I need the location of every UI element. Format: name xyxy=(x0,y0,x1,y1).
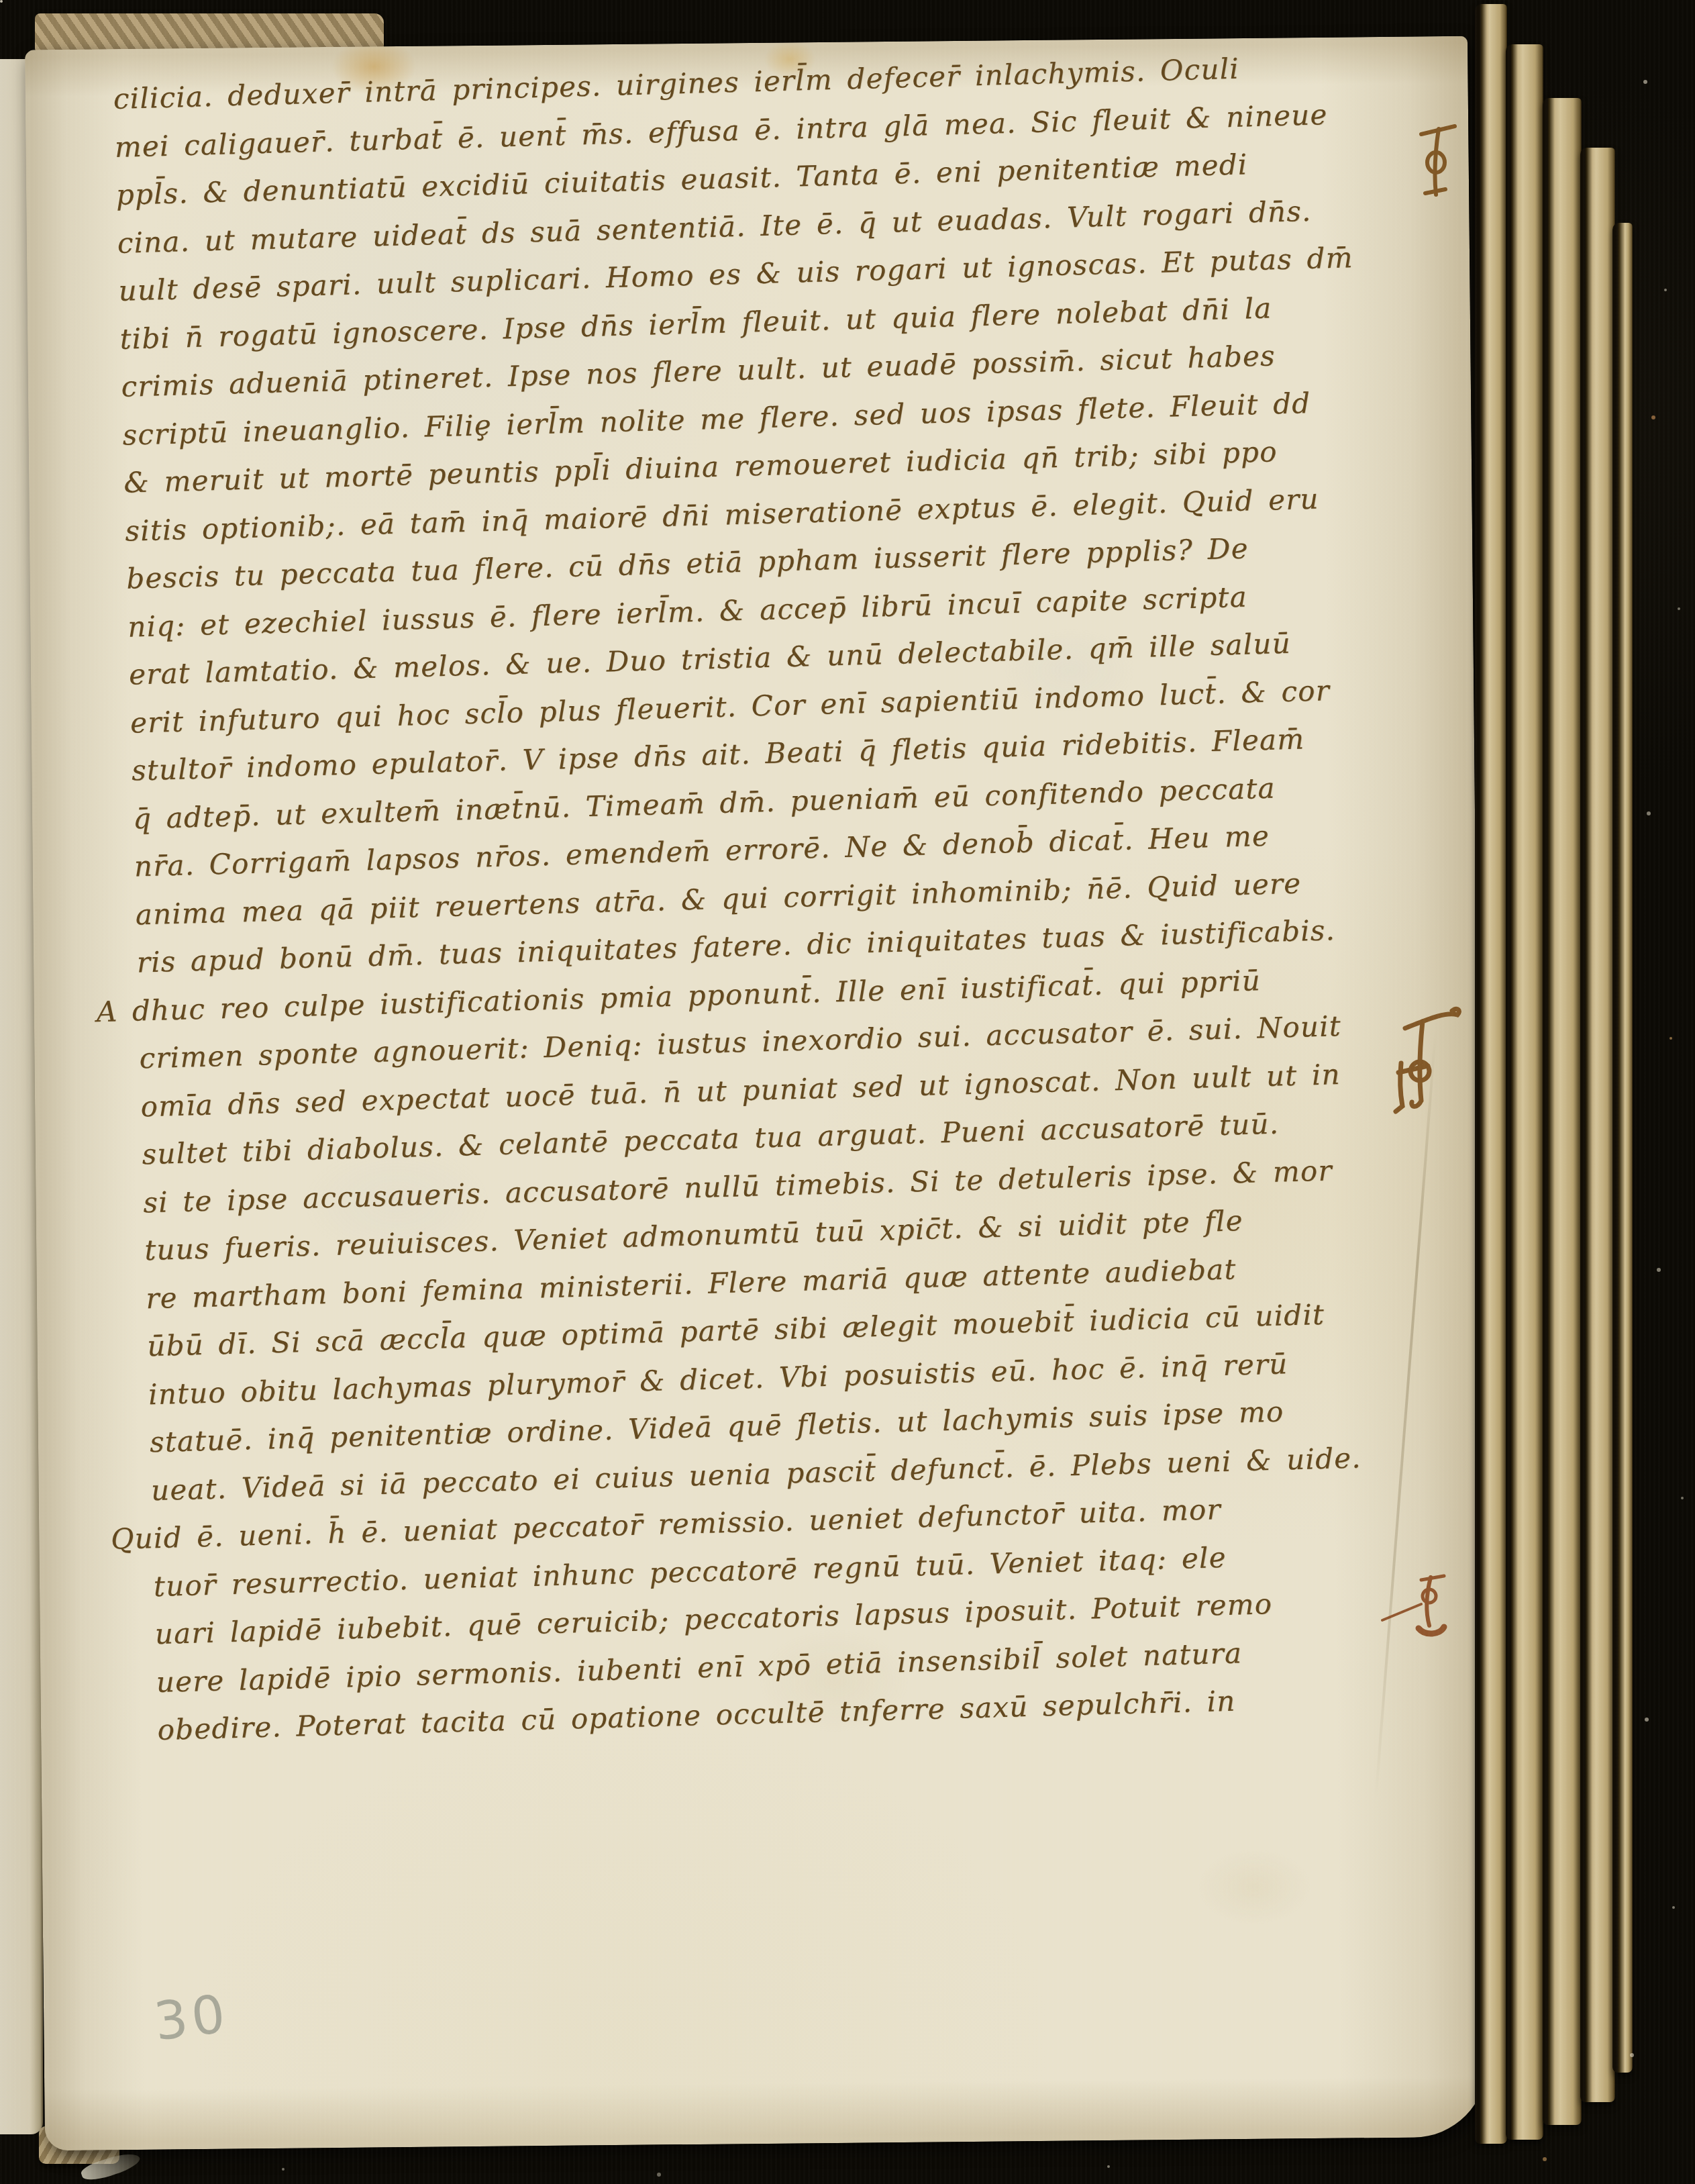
page-edge-stripe xyxy=(1543,98,1582,2125)
foliation-mark-icon xyxy=(1415,119,1467,205)
page-edge-stripe xyxy=(1506,44,1543,2140)
page-edge-stripe xyxy=(1580,148,1615,2102)
folio-number-pencil: 30 xyxy=(151,1984,232,2053)
parchment-crease xyxy=(1374,1031,1437,1801)
nota-mark-icon xyxy=(1390,1005,1466,1118)
dust-specks xyxy=(0,0,3,3)
nota-mark-2-icon xyxy=(1380,1564,1467,1644)
page-edge-stripe xyxy=(1475,4,1507,2144)
photograph-of-manuscript: cilicia. deduxer̄ intrā principes. uirgi… xyxy=(0,0,1695,2184)
page-edge-stripe xyxy=(1612,223,1633,2073)
text-block: cilicia. deduxer̄ intrā principes. uirgi… xyxy=(113,42,1366,1754)
